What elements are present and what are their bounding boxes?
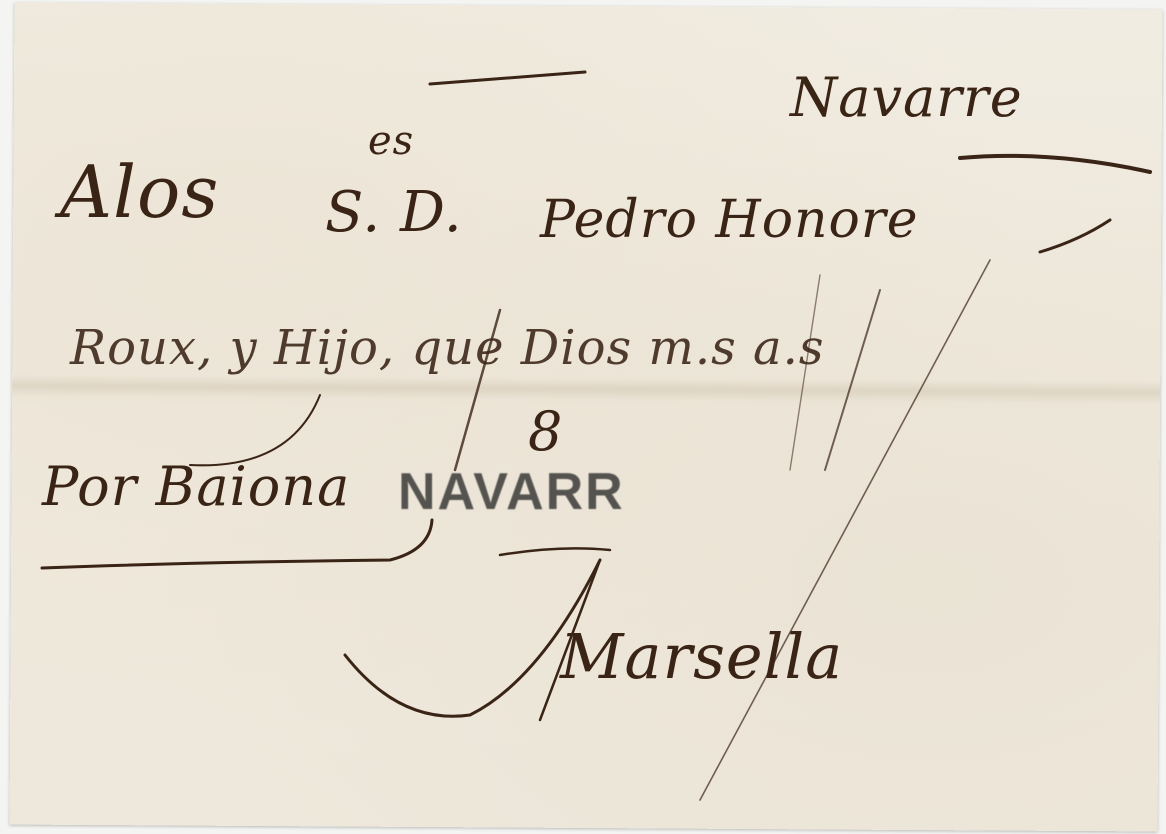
rate-mark: 8 [528,400,563,463]
address-line-2: Roux, y Hijo, que Dios m.s a.s [70,320,825,376]
postmark-navarra: NAVARR [398,462,625,522]
address-superscript: es [368,118,414,164]
address-title: S. D. [325,180,463,245]
origin-note: Navarre [790,66,1023,129]
routing-note: Por Baiona [42,455,350,518]
address-prefix: Alos [60,150,219,234]
destination-city: Marsella [560,620,843,693]
addressee-name: Pedro Honore [540,190,919,250]
